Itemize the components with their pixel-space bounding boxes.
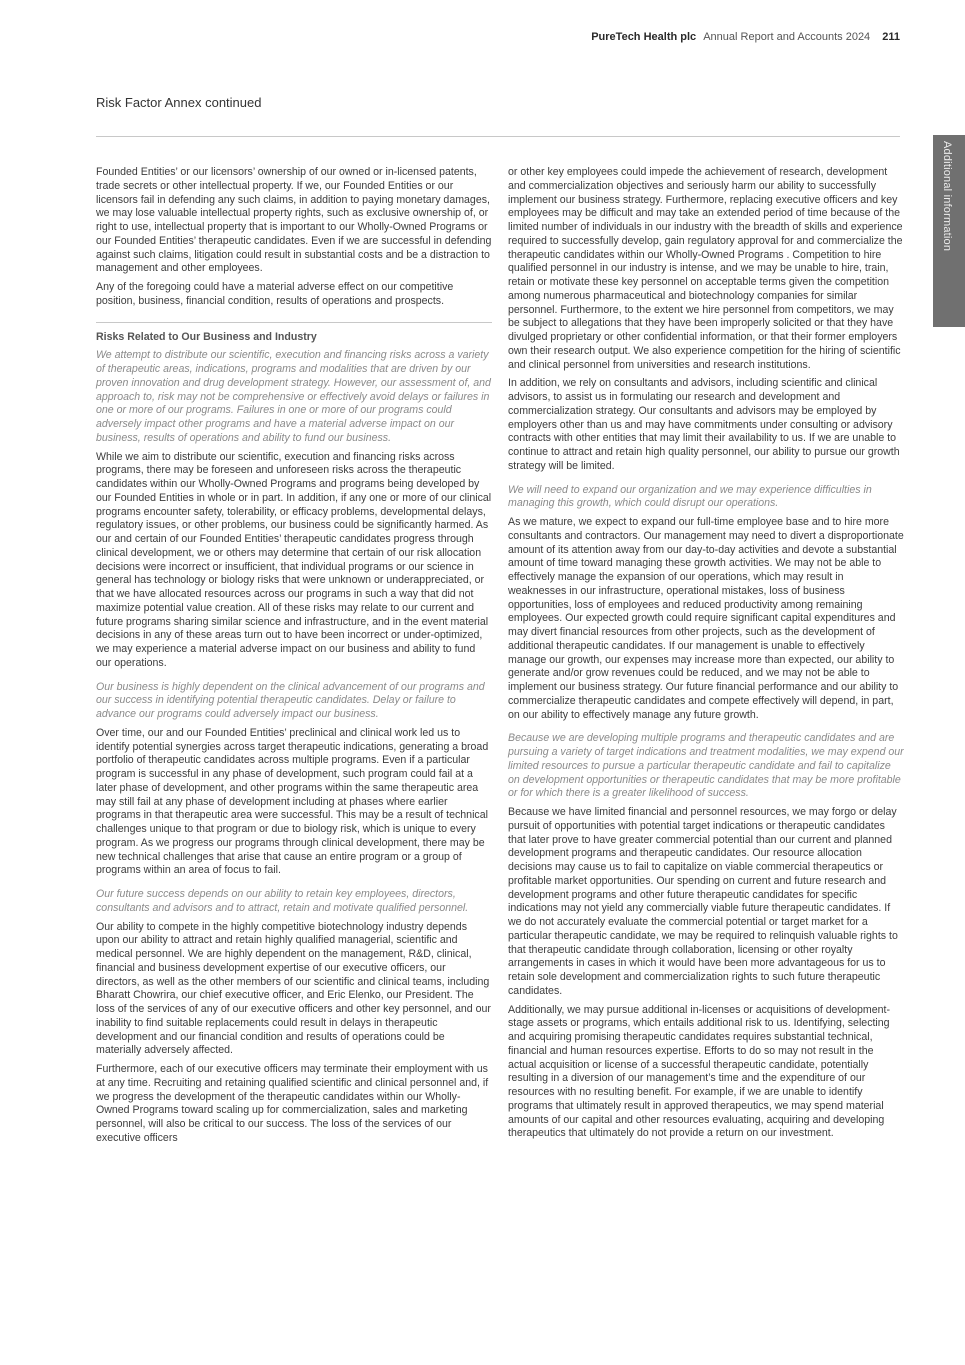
risk-summary: We will need to expand our organization … <box>508 484 904 512</box>
paragraph: As we mature, we expect to expand our fu… <box>508 516 904 722</box>
paragraph: In addition, we rely on consultants and … <box>508 377 904 473</box>
subsection-heading: Risks Related to Our Business and Indust… <box>96 322 492 345</box>
paragraph: While we aim to distribute our scientifi… <box>96 451 492 671</box>
report-title: Annual Report and Accounts 2024 <box>703 31 870 43</box>
paragraph: Founded Entities’ or our licensors’ owne… <box>96 166 492 276</box>
paragraph: Because we have limited financial and pe… <box>508 806 904 999</box>
page-number: 211 <box>882 31 900 43</box>
paragraph: Our ability to compete in the highly com… <box>96 921 492 1059</box>
right-column: or other key employees could impede the … <box>508 166 904 1146</box>
section-title: Risk Factor Annex continued <box>96 95 261 110</box>
paragraph: or other key employees could impede the … <box>508 166 904 372</box>
company-name: PureTech Health plc <box>591 31 696 43</box>
running-header: PureTech Health plc Annual Report and Ac… <box>591 31 900 43</box>
risk-summary: Our future success depends on our abilit… <box>96 888 492 916</box>
paragraph: Any of the foregoing could have a materi… <box>96 281 492 309</box>
header-divider <box>96 136 900 137</box>
side-tab-additional-information[interactable]: Additional information <box>933 135 965 327</box>
paragraph: Additionally, we may pursue additional i… <box>508 1004 904 1142</box>
paragraph: Furthermore, each of our executive offic… <box>96 1063 492 1146</box>
risk-summary: Because we are developing multiple progr… <box>508 732 904 801</box>
risk-summary: We attempt to distribute our scientific,… <box>96 349 492 445</box>
paragraph: Over time, our and our Founded Entities’… <box>96 727 492 878</box>
side-tab-label: Additional information <box>941 141 953 251</box>
risk-summary: Our business is highly dependent on the … <box>96 681 492 722</box>
left-column: Founded Entities’ or our licensors’ owne… <box>96 166 492 1151</box>
